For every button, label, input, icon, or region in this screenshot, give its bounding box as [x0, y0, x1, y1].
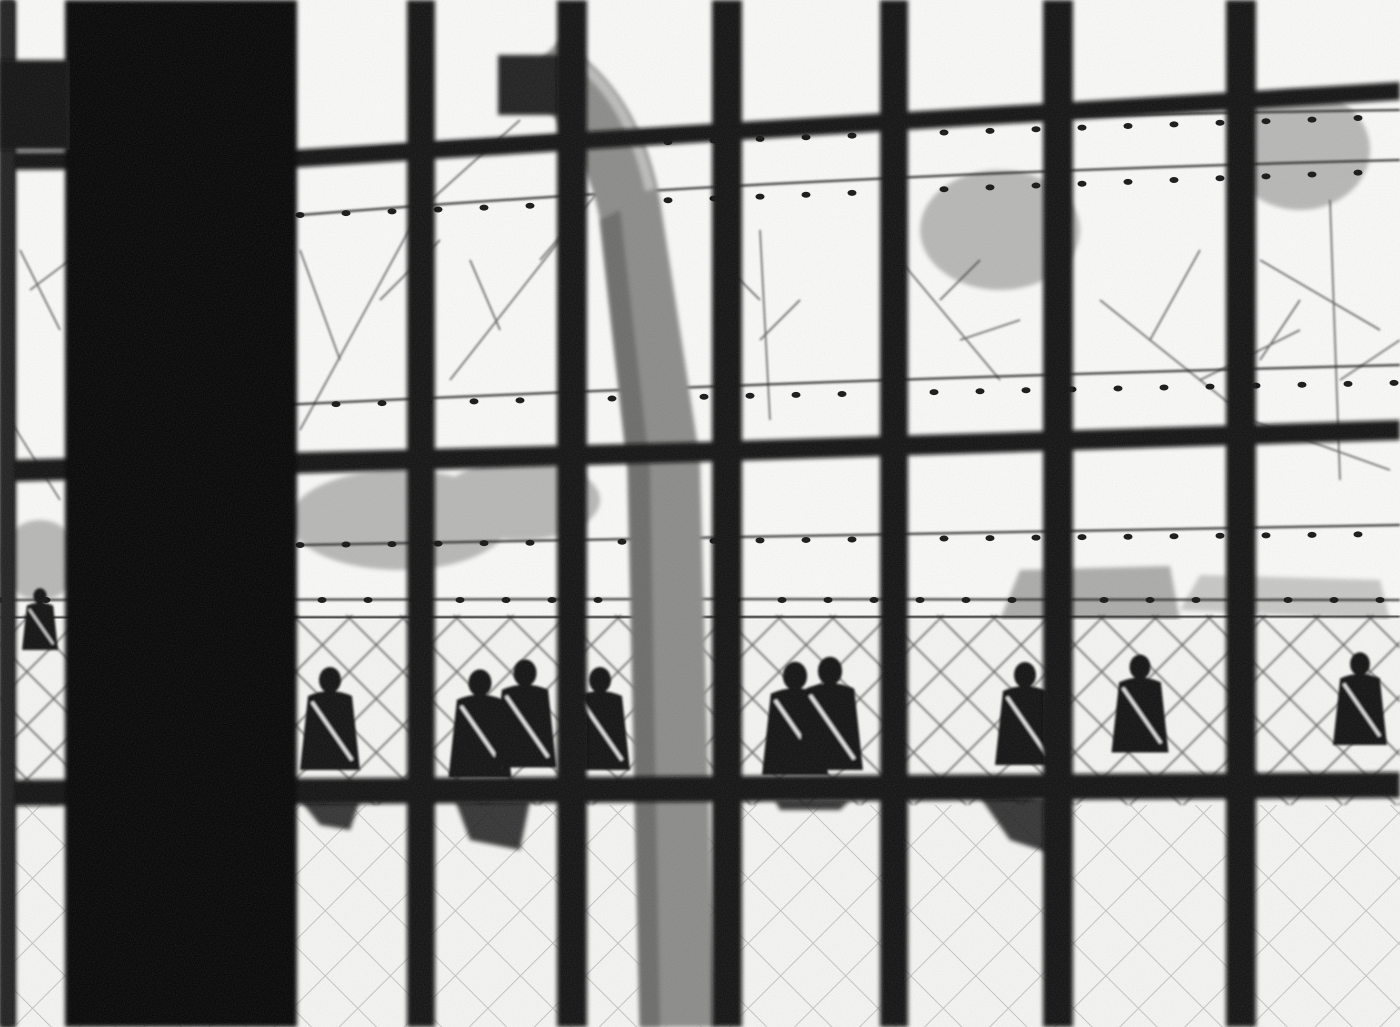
- film-grain: [0, 0, 1400, 1027]
- barred-window-photo: [0, 0, 1400, 1027]
- photo-scene: View through a barred window onto a snow…: [0, 0, 1400, 1027]
